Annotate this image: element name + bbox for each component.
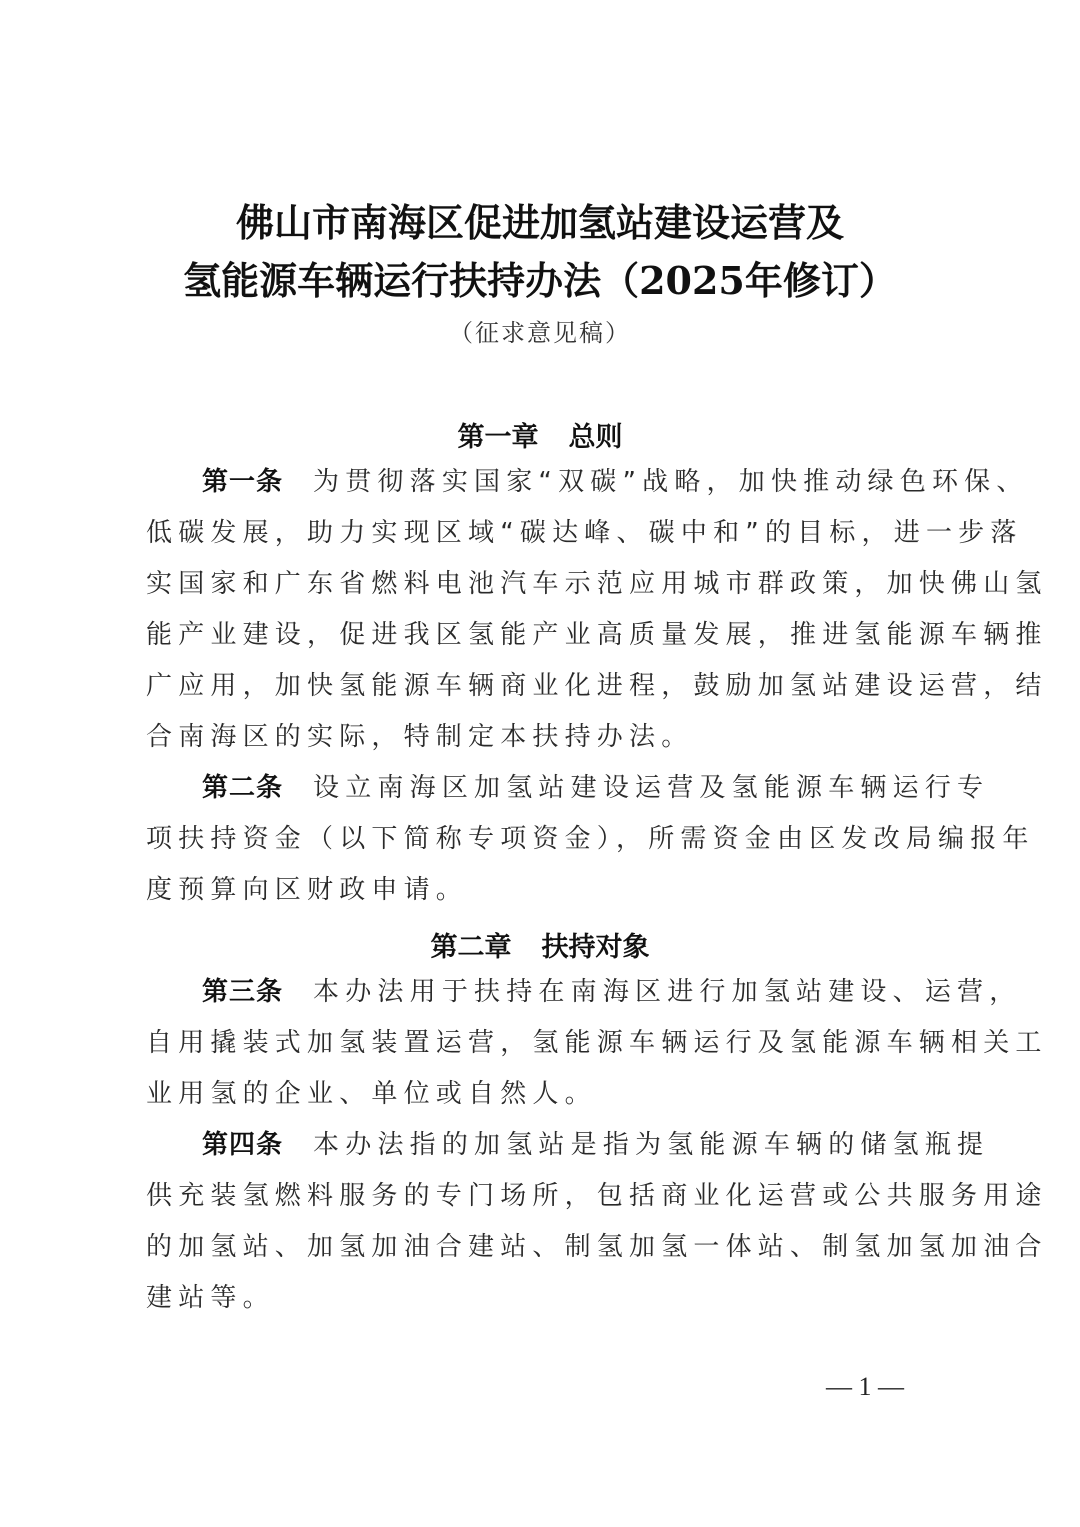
- article-1-line-6: 合南海区的实际，特制定本扶持办法。: [146, 720, 946, 754]
- article-label: 第一条: [202, 467, 283, 497]
- article-4-line-4: 建站等。: [146, 1281, 946, 1315]
- article-1-line-4: 能产业建设，促进我区氢能产业高质量发展，推进氢能源车辆推: [146, 618, 946, 652]
- article-text: 本办法指的加氢站是指为氢能源车辆的储氢瓶提: [313, 1130, 989, 1160]
- article-1-line-5: 广应用，加快氢能源车辆商业化进程，鼓励加氢站建设运营，结: [146, 669, 946, 703]
- article-4-line-1: 第四条本办法指的加氢站是指为氢能源车辆的储氢瓶提: [202, 1128, 1002, 1162]
- chapter-number: 第二章: [431, 932, 512, 963]
- article-3-line-2: 自用撬装式加氢装置运营，氢能源车辆运行及氢能源车辆相关工: [146, 1026, 946, 1060]
- article-label: 第四条: [202, 1130, 283, 1160]
- document-title-line-1: 佛山市南海区促进加氢站建设运营及: [0, 192, 1080, 247]
- article-3-line-3: 业用氢的企业、单位或自然人。: [146, 1077, 946, 1111]
- article-1-line-3: 实国家和广东省燃料电池汽车示范应用城市群政策，加快佛山氢: [146, 567, 946, 601]
- article-label: 第三条: [202, 977, 283, 1007]
- chapter-heading-2: 第二章扶持对象: [0, 925, 1080, 964]
- article-1-line-2: 低碳发展，助力实现区域“碳达峰、碳中和”的目标，进一步落: [146, 516, 946, 550]
- chapter-name: 总则: [569, 422, 623, 453]
- document-subtitle: （征求意见稿）: [0, 313, 1080, 348]
- article-4-line-3: 的加氢站、加氢加油合建站、制氢加氢一体站、制氢加氢加油合: [146, 1230, 946, 1264]
- article-1-line-1: 第一条为贯彻落实国家“双碳”战略，加快推动绿色环保、: [202, 465, 1002, 499]
- article-label: 第二条: [202, 773, 283, 803]
- chapter-heading-1: 第一章总则: [0, 415, 1080, 454]
- chapter-number: 第一章: [458, 422, 539, 453]
- document-page: 佛山市南海区促进加氢站建设运营及 氢能源车辆运行扶持办法（2025年修订） （征…: [0, 0, 1080, 1527]
- article-text: 本办法用于扶持在南海区进行加氢站建设、运营，: [313, 977, 1021, 1007]
- article-2-line-3: 度预算向区财政申请。: [146, 873, 946, 907]
- page-number: — 1 —: [826, 1372, 926, 1402]
- chapter-name: 扶持对象: [542, 932, 650, 963]
- document-title-line-2: 氢能源车辆运行扶持办法（2025年修订）: [0, 250, 1080, 305]
- article-2-line-1: 第二条设立南海区加氢站建设运营及氢能源车辆运行专: [202, 771, 1002, 805]
- article-text: 为贯彻落实国家“双碳”战略，加快推动绿色环保、: [313, 467, 1029, 497]
- article-4-line-2: 供充装氢燃料服务的专门场所，包括商业化运营或公共服务用途: [146, 1179, 946, 1213]
- article-3-line-1: 第三条本办法用于扶持在南海区进行加氢站建设、运营，: [202, 975, 1002, 1009]
- article-text: 设立南海区加氢站建设运营及氢能源车辆运行专: [313, 773, 989, 803]
- article-2-line-2: 项扶持资金（以下简称专项资金），所需资金由区发改局编报年: [146, 822, 946, 856]
